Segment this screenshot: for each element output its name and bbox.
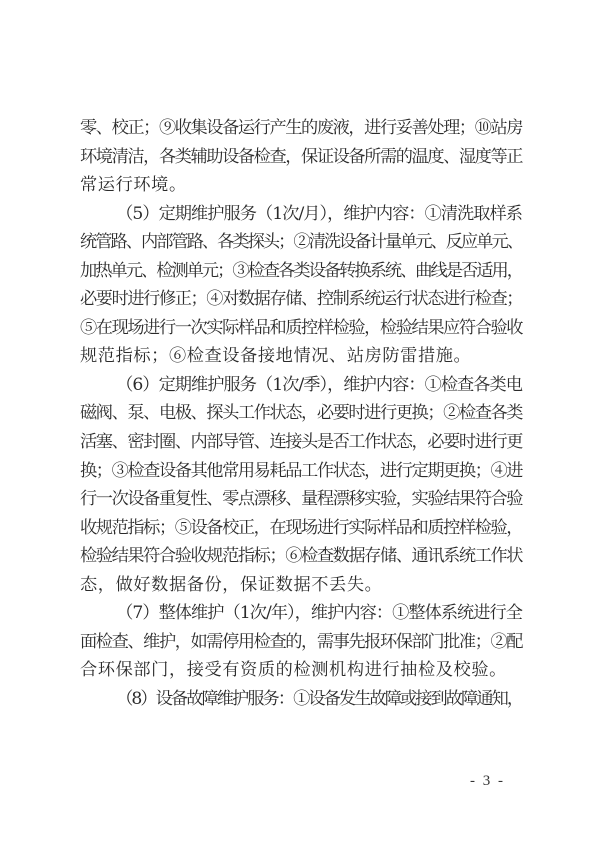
paragraph-item-7: （7）整体维护（1次/年），维护内容：①整体系统进行全 面检查、维护，如需停用检…: [80, 599, 522, 685]
document-body: 零、校正；⑨收集设备运行产生的废液，进行妥善处理；⑩站房 环境清洁，各类辅助设备…: [80, 114, 522, 713]
paragraph-item-8: （8）设备故障维护服务：①设备发生故障或接到故障通知，: [80, 685, 522, 714]
text-line: 合环保部门，接受有资质的检测机构进行抽检及校验。: [80, 656, 522, 685]
text-line: 磁阀、泵、电极、探头工作状态，必要时进行更换；②检查各类: [80, 399, 522, 428]
text-line: 加热单元、检测单元；③检查各类设备转换系统、曲线是否适用，: [80, 257, 522, 286]
text-line: 行一次设备重复性、零点漂移、量程漂移实验，实验结果符合验: [80, 485, 522, 514]
text-line: （6）定期维护服务（1次/季），维护内容：①检查各类电: [80, 371, 522, 400]
text-line: 换；③检查设备其他常用易耗品工作状态，进行定期更换；④进: [80, 457, 522, 486]
paragraph-continuation: 零、校正；⑨收集设备运行产生的废液，进行妥善处理；⑩站房 环境清洁，各类辅助设备…: [80, 114, 522, 200]
text-line: ⑤在现场进行一次实际样品和质控样检验，检验结果应符合验收: [80, 314, 522, 343]
text-line: 收规范指标；⑤设备校正，在现场进行实际样品和质控样检验，: [80, 514, 522, 543]
text-line: 规范指标；⑥检查设备接地情况、站房防雷措施。: [80, 342, 522, 371]
text-line: 活塞、密封圈、内部导管、连接头是否工作状态，必要时进行更: [80, 428, 522, 457]
text-line: 态，做好数据备份，保证数据不丢失。: [80, 571, 522, 600]
text-line: 检验结果符合验收规范指标；⑥检查数据存储、通讯系统工作状: [80, 542, 522, 571]
text-line: 统管路、内部管路、各类探头；②清洗设备计量单元、反应单元、: [80, 228, 522, 257]
text-line: 零、校正；⑨收集设备运行产生的废液，进行妥善处理；⑩站房: [80, 114, 522, 143]
text-line: 面检查、维护，如需停用检查的，需事先报环保部门批准；②配: [80, 628, 522, 657]
text-line: （8）设备故障维护服务：①设备发生故障或接到故障通知，: [80, 685, 522, 714]
text-line: 常运行环境。: [80, 171, 522, 200]
text-line: （5）定期维护服务（1次/月），维护内容：①清洗取样系: [80, 200, 522, 229]
text-line: （7）整体维护（1次/年），维护内容：①整体系统进行全: [80, 599, 522, 628]
page-number: - 3 -: [470, 773, 505, 790]
text-line: 必要时进行修正；④对数据存储、控制系统运行状态进行检查；: [80, 285, 522, 314]
paragraph-item-5: （5）定期维护服务（1次/月），维护内容：①清洗取样系 统管路、内部管路、各类探…: [80, 200, 522, 371]
text-line: 环境清洁，各类辅助设备检查，保证设备所需的温度、湿度等正: [80, 143, 522, 172]
paragraph-item-6: （6）定期维护服务（1次/季），维护内容：①检查各类电 磁阀、泵、电极、探头工作…: [80, 371, 522, 599]
